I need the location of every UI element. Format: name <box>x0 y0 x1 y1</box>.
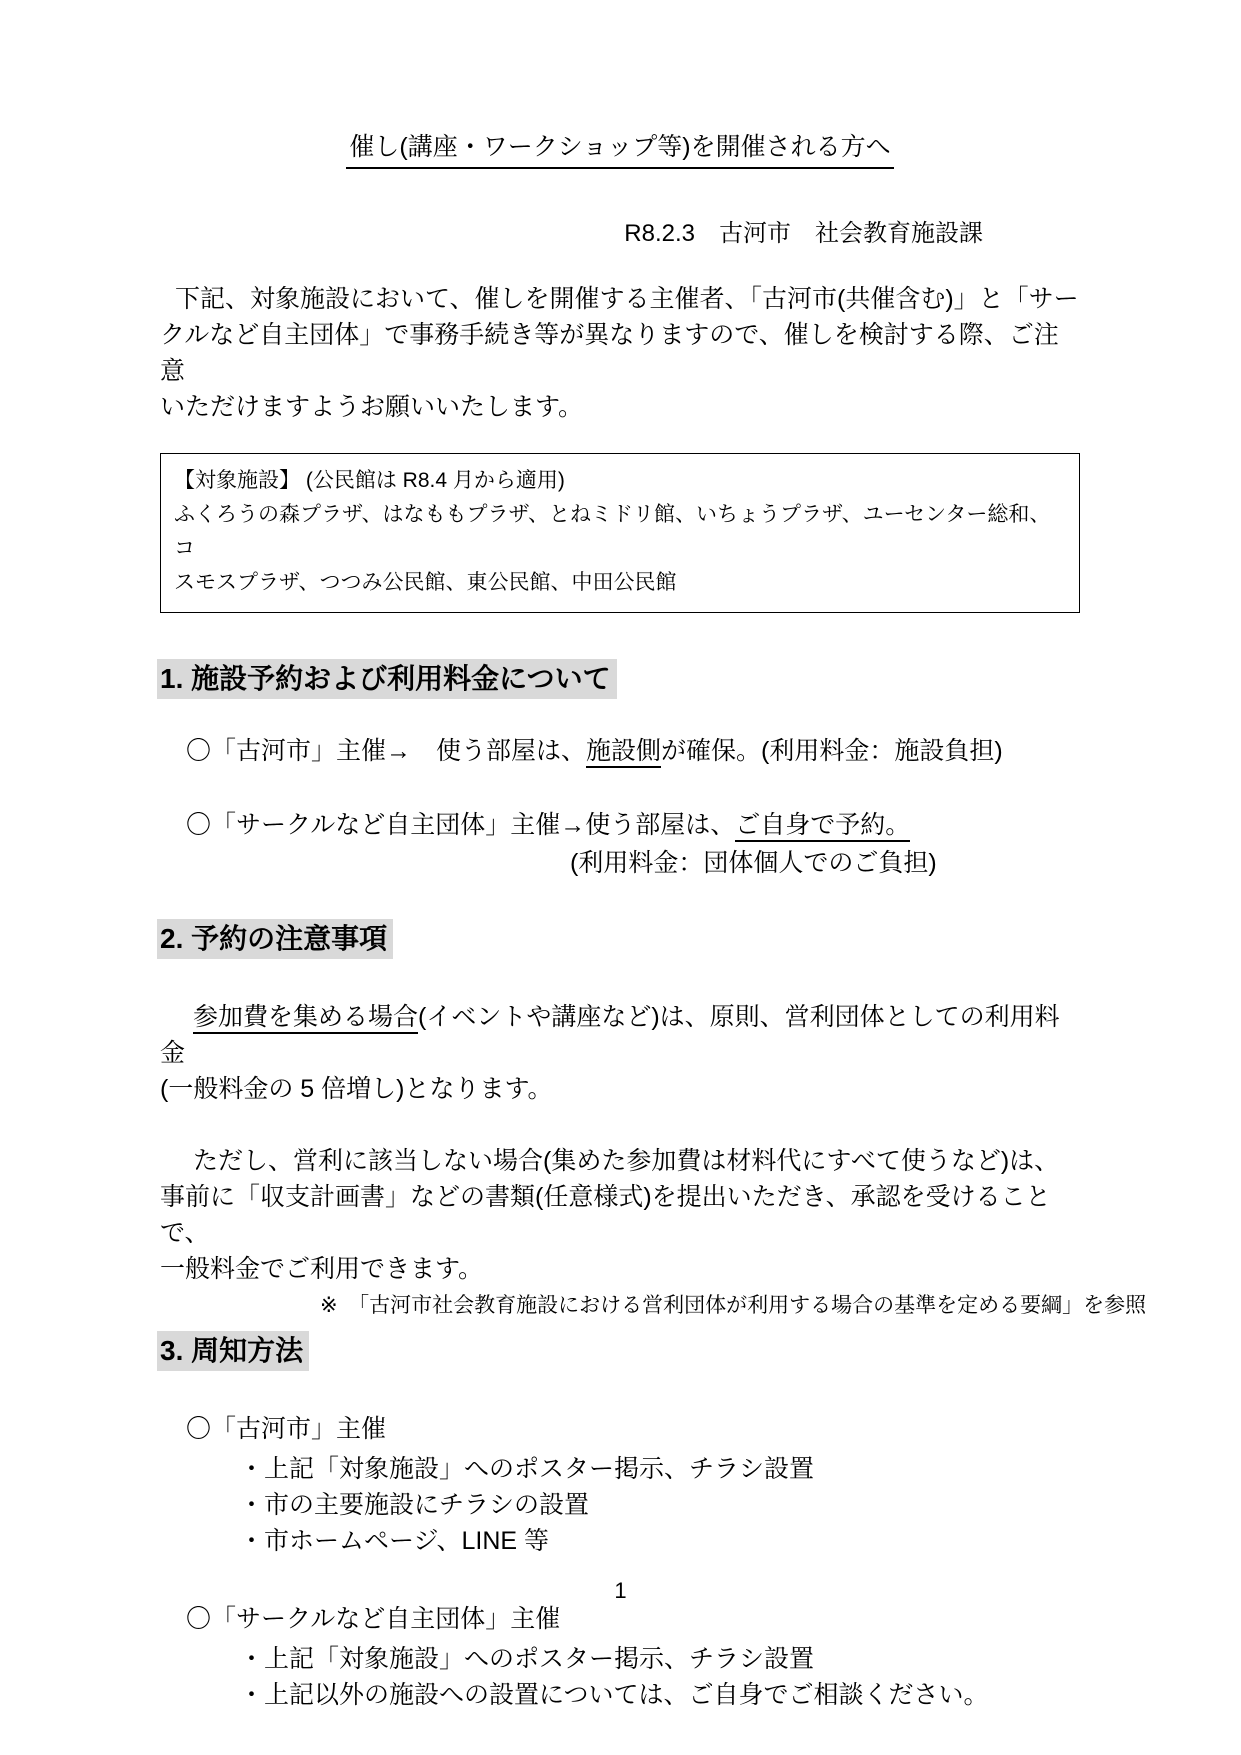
text-segment: が確保。(利用料金：施設負担) <box>661 737 1003 765</box>
document-page: 催し(講座・ワークショップ等)を開催される方へ R8.2.3 古河市 社会教育施… <box>0 0 1241 1755</box>
publicity-bullet: ・上記「対象施設」へのポスター掲示、チラシ設置 <box>239 1451 1080 1487</box>
city-publicity-group: 〇「古河市」主催 ・上記「対象施設」へのポスター掲示、チラシ設置 ・市の主要施設… <box>186 1411 1080 1559</box>
text-segment: 〇「古河市」主催→ 使う部屋は、 <box>186 737 586 765</box>
publicity-bullet-list: ・上記「対象施設」へのポスター掲示、チラシ設置 ・市の主要施設にチラシの設置 ・… <box>239 1451 1080 1559</box>
underlined-text: 参加費を集める場合 <box>193 1003 418 1034</box>
underlined-text: 施設側 <box>586 737 661 768</box>
paragraph-line: 一般料金でご利用できます。 <box>160 1251 1080 1287</box>
circle-host-reservation-line: 〇「サークルなど自主団体」主催→使う部屋は、ご自身で予約。 <box>186 807 1080 843</box>
section1-heading-row: 1. 施設予約および利用料金について <box>160 659 1080 699</box>
section3-heading: 3. 周知方法 <box>157 1331 309 1371</box>
target-facilities-box: 【対象施設】 (公民館は R8.4 月から適用) ふくろうの森プラザ、はなももプ… <box>160 453 1080 613</box>
paragraph-line: 参加費を集める場合(イベントや講座など)は、原則、営利団体としての利用料金 <box>160 999 1080 1071</box>
group-title: 〇「古河市」主催 <box>186 1411 1080 1447</box>
publicity-bullet-list: ・上記「対象施設」へのポスター掲示、チラシ設置 ・上記以外の施設への設置について… <box>239 1641 1080 1713</box>
document-date-department: R8.2.3 古河市 社会教育施設課 <box>160 217 1080 251</box>
underlined-text: ご自身で予約。 <box>735 811 910 842</box>
group-title: 〇「サークルなど自主団体」主催 <box>186 1601 1080 1637</box>
city-host-reservation-line: 〇「古河市」主催→ 使う部屋は、施設側が確保。(利用料金：施設負担) <box>186 733 1080 769</box>
intro-line: 下記、対象施設において、催しを開催する主催者、「古河市(共催含む)」と「サー <box>160 281 1080 317</box>
paragraph-line: 事前に「収支計画書」などの書類(任意様式)を提出いただき、承認を受けることで、 <box>160 1179 1080 1251</box>
intro-line: いただけますようお願いいたします。 <box>160 389 1080 425</box>
publicity-bullet: ・市の主要施設にチラシの設置 <box>239 1487 1080 1523</box>
facilities-box-heading: 【対象施設】 (公民館は R8.4 月から適用) <box>174 464 1066 498</box>
text-segment: 〇「サークルなど自主団体」主催→使う部屋は、 <box>186 811 735 839</box>
participation-fee-paragraph: 参加費を集める場合(イベントや講座など)は、原則、営利団体としての利用料金 (一… <box>160 999 1080 1107</box>
publicity-bullet: ・市ホームページ、LINE 等 <box>239 1523 1080 1559</box>
publicity-bullet: ・上記「対象施設」へのポスター掲示、チラシ設置 <box>239 1641 1080 1677</box>
circle-publicity-group: 〇「サークルなど自主団体」主催 ・上記「対象施設」へのポスター掲示、チラシ設置 … <box>186 1601 1080 1713</box>
section1-heading: 1. 施設予約および利用料金について <box>157 659 617 699</box>
section3-heading-row: 3. 周知方法 <box>160 1331 1080 1371</box>
facilities-list-line: スモスプラザ、つつみ公民館、東公民館、中田公民館 <box>174 566 1066 600</box>
facilities-list-line: ふくろうの森プラザ、はなももプラザ、とねミドリ館、いちょうプラザ、ユーセンター総… <box>174 498 1066 566</box>
intro-paragraph: 下記、対象施設において、催しを開催する主催者、「古河市(共催含む)」と「サー ク… <box>160 281 1080 425</box>
document-title: 催し(講座・ワークショップ等)を開催される方へ <box>346 130 893 169</box>
section2-heading: 2. 予約の注意事項 <box>157 919 393 959</box>
reference-note: ※ 「古河市社会教育施設における営利団体が利用する場合の基準を定める要綱」を参照 <box>320 1291 1080 1321</box>
section2-heading-row: 2. 予約の注意事項 <box>160 919 1080 959</box>
usage-fee-note-line: (利用料金：団体個人でのご負担) <box>570 845 1080 881</box>
nonprofit-exception-paragraph: ただし、営利に該当しない場合(集めた参加費は材料代にすべて使うなど)は、 事前に… <box>160 1143 1080 1287</box>
publicity-bullet: ・上記以外の施設への設置については、ご自身でご相談ください。 <box>239 1677 1080 1713</box>
paragraph-line: (一般料金の 5 倍増し)となります。 <box>160 1071 1080 1107</box>
title-row: 催し(講座・ワークショップ等)を開催される方へ <box>160 130 1080 169</box>
page-number: 1 <box>0 1576 1241 1606</box>
paragraph-line: ただし、営利に該当しない場合(集めた参加費は材料代にすべて使うなど)は、 <box>160 1143 1080 1179</box>
intro-line: クルなど自主団体」で事務手続き等が異なりますので、催しを検討する際、ご注意 <box>160 317 1080 389</box>
